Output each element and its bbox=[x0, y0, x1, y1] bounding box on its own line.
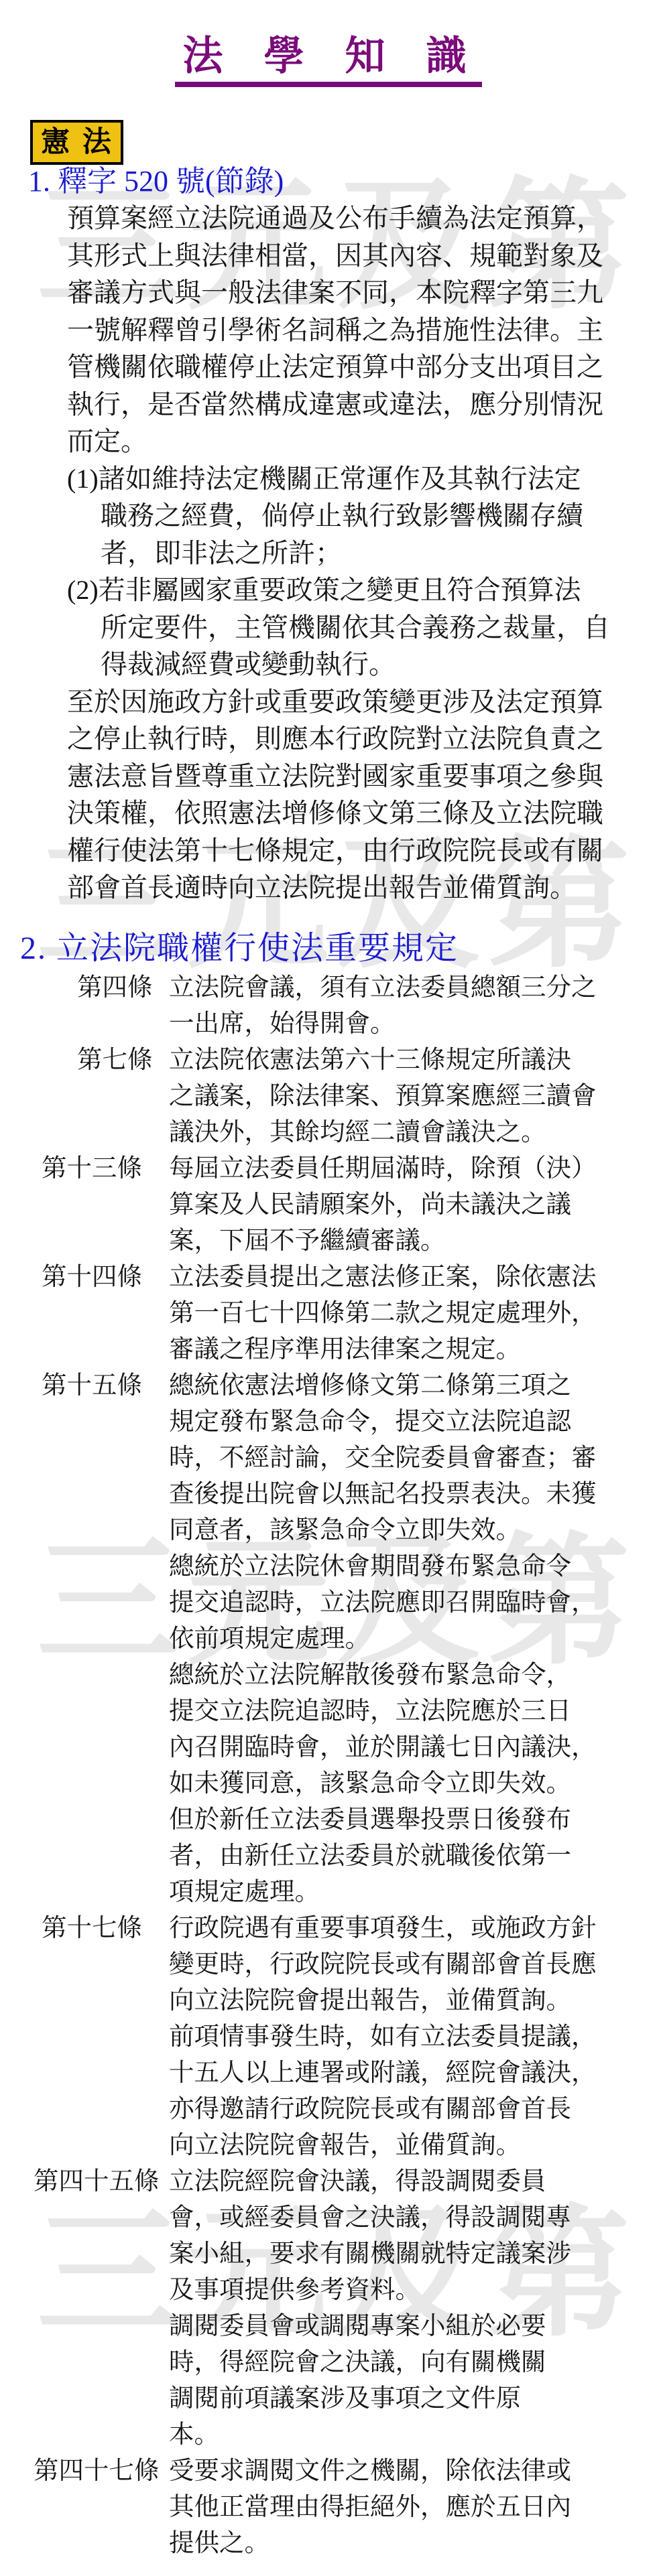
text-line: 受要求調閱文件之機關，除依法律或 bbox=[169, 2453, 645, 2490]
article: 第十五條 總統依憲法增修條文第二條第三項之規定發布緊急命令，提交立法院追認時，不… bbox=[0, 1368, 657, 1911]
text-line: 前項情事發生時，如有立法委員提議， bbox=[169, 2019, 645, 2055]
article: 第四條 立法院會議，須有立法委員總額三分之一出席，始得開會。 bbox=[0, 970, 657, 1042]
text-line: 立法院經院會決議，得設調閱委員 bbox=[169, 2164, 645, 2200]
text-line: 第一百七十四條第二款之規定處理外， bbox=[169, 1296, 645, 1332]
text-line: 執行，是否當然構成違憲或違法，應分別情況 bbox=[67, 386, 644, 423]
article-label: 第十四條 bbox=[42, 1260, 142, 1296]
text-line: 審議之程序準用法律案之規定。 bbox=[169, 1332, 645, 1368]
text-line: (2)若非屬國家重要政策之變更且符合預算法 bbox=[67, 571, 644, 609]
text-line: 及事項提供參考資料。 bbox=[169, 2273, 645, 2309]
text-line: 之停止執行時，則應本行政院對立法院負責之 bbox=[67, 720, 644, 758]
title-underline bbox=[175, 82, 482, 87]
article-text: 受要求調閱文件之機關，除依法律或其他正當理由得拒絕外，應於五日內提供之。 bbox=[169, 2453, 645, 2562]
intro-paragraph: 預算案經立法院通過及公布手續為法定預算，其形式上與法律相當，因其內容、規範對象及… bbox=[67, 200, 644, 460]
text-line: 同意者，該緊急命令立即失效。 bbox=[169, 1513, 645, 1549]
text-line: 之議案，除法律案、預算案應經三讀會 bbox=[169, 1079, 645, 1115]
text-line: 向立法院院會提出報告，並備質詢。 bbox=[169, 1983, 645, 2019]
text-line: 得裁減經費或變動執行。 bbox=[101, 646, 644, 683]
text-line: 者，即非法之所許； bbox=[101, 535, 644, 572]
article: 第四十五條 立法院經院會決議，得設調閱委員會，或經委員會之決議，得設調閱專案小組… bbox=[0, 2164, 657, 2453]
article-text: 行政院遇有重要事項發生，或施政方針變更時，行政院院長或有關部會首長應向立法院院會… bbox=[169, 1911, 645, 2164]
list-item: (2)若非屬國家重要政策之變更且符合預算法所定要件，主管機關依其合義務之裁量，自… bbox=[67, 571, 644, 683]
article: 第十七條 行政院遇有重要事項發生，或施政方針變更時，行政院院長或有關部會首長應向… bbox=[0, 1911, 657, 2164]
list-item: (1)諸如維持法定機關正常運作及其執行法定職務之經費，倘停止執行致影響機關存續者… bbox=[67, 460, 644, 572]
text-line: 部會首長適時向立法院提出報告並備質詢。 bbox=[67, 869, 644, 906]
text-line: 總統依憲法增修條文第二條第三項之 bbox=[169, 1368, 645, 1404]
closing-paragraph: 至於因施政方針或重要政策變更涉及法定預算之停止執行時，則應本行政院對立法院負責之… bbox=[67, 683, 644, 906]
text-line: 權行使法第十七條規定，由行政院院長或有關 bbox=[67, 832, 644, 870]
article: 第七條 立法院依憲法第六十三條規定所議決之議案，除法律案、預算案應經三讀會議決外… bbox=[0, 1042, 657, 1151]
article-label: 第四條 bbox=[77, 970, 153, 1006]
text-line: 總統於立法院解散後發布緊急命令， bbox=[169, 1657, 645, 1694]
text-line: 會，或經委員會之決議，得設調閱專 bbox=[169, 2200, 645, 2236]
text-line: 總統於立法院休會期間發布緊急命令 bbox=[169, 1549, 645, 1585]
text-line: 項規定處理。 bbox=[169, 1875, 645, 1911]
article-label: 第四十七條 bbox=[34, 2453, 160, 2490]
text-line: 提供之。 bbox=[169, 2526, 645, 2562]
section1-body: 預算案經立法院通過及公布手續為法定預算，其形式上與法律相當，因其內容、規範對象及… bbox=[67, 200, 644, 906]
text-line: 內召開臨時會，並於開議七日內議決， bbox=[169, 1730, 645, 1766]
article-text: 立法院經院會決議，得設調閱委員會，或經委員會之決議，得設調閱專案小組，要求有關機… bbox=[169, 2164, 645, 2453]
article-label: 第十五條 bbox=[42, 1368, 142, 1404]
article-text: 每屆立法委員任期屆滿時，除預（決）算案及人民請願案外，尚未議決之議案，下屆不予繼… bbox=[169, 1151, 645, 1260]
subject-badge: 憲 法 bbox=[30, 120, 123, 165]
text-line: 所定要件，主管機關依其合義務之裁量，自 bbox=[101, 609, 644, 647]
text-line: 本。 bbox=[169, 2417, 645, 2453]
text-line: (1)諸如維持法定機關正常運作及其執行法定 bbox=[67, 460, 644, 498]
article-text: 立法委員提出之憲法修正案，除依憲法第一百七十四條第二款之規定處理外，審議之程序準… bbox=[169, 1260, 645, 1368]
text-line: 行政院遇有重要事項發生，或施政方針 bbox=[169, 1911, 645, 1947]
text-line: 而定。 bbox=[67, 423, 644, 460]
text-line: 依前項規定處理。 bbox=[169, 1621, 645, 1657]
text-line: 每屆立法委員任期屆滿時，除預（決） bbox=[169, 1151, 645, 1187]
text-line: 提交立法院追認時，立法院應於三日 bbox=[169, 1694, 645, 1730]
article-label: 第四十五條 bbox=[34, 2164, 160, 2200]
text-line: 預算案經立法院通過及公布手續為法定預算， bbox=[67, 200, 644, 237]
text-line: 算案及人民請願案外，尚未議決之議 bbox=[169, 1187, 645, 1223]
text-line: 調閱委員會或調閱專案小組於必要 bbox=[169, 2309, 645, 2345]
section2-heading: 2. 立法院職權行使法重要規定 bbox=[20, 931, 459, 966]
text-line: 職務之經費，倘停止執行致影響機關存續 bbox=[101, 497, 644, 535]
text-line: 案，下屆不予繼續審議。 bbox=[169, 1223, 645, 1260]
text-line: 其他正當理由得拒絕外，應於五日內 bbox=[169, 2490, 645, 2526]
article: 第十四條 立法委員提出之憲法修正案，除依憲法第一百七十四條第二款之規定處理外，審… bbox=[0, 1260, 657, 1368]
page-title-text: 法 學 知 識 bbox=[174, 35, 484, 80]
text-line: 時，不經討論，交全院委員會審查；審 bbox=[169, 1440, 645, 1477]
text-line: 提交追認時，立法院應即召開臨時會， bbox=[169, 1585, 645, 1621]
text-line: 亦得邀請行政院院長或有關部會首長 bbox=[169, 2092, 645, 2128]
text-line: 其形式上與法律相當，因其內容、規範對象及 bbox=[67, 237, 644, 275]
text-line: 案小組，要求有關機關就特定議案涉 bbox=[169, 2236, 645, 2273]
text-line: 時，得經院會之決議，向有關機關 bbox=[169, 2345, 645, 2381]
text-line: 議決外，其餘均經二讀會議決之。 bbox=[169, 1115, 645, 1151]
text-line: 如未獲同意，該緊急命令立即失效。 bbox=[169, 1766, 645, 1802]
text-line: 管機關依職權停止法定預算中部分支出項目之 bbox=[67, 348, 644, 386]
text-line: 查後提出院會以無記名投票表決。未獲 bbox=[169, 1477, 645, 1513]
text-line: 向立法院院會報告，並備質詢。 bbox=[169, 2128, 645, 2164]
text-line: 決策權，依照憲法增修條文第三條及立法院職 bbox=[67, 795, 644, 832]
text-line: 立法院依憲法第六十三條規定所議決 bbox=[169, 1042, 645, 1079]
article-text: 立法院會議，須有立法委員總額三分之一出席，始得開會。 bbox=[169, 970, 645, 1042]
article-label: 第十三條 bbox=[42, 1151, 142, 1187]
text-line: 一出席，始得開會。 bbox=[169, 1006, 645, 1042]
article-text: 總統依憲法增修條文第二條第三項之規定發布緊急命令，提交立法院追認時，不經討論，交… bbox=[169, 1368, 645, 1911]
text-line: 審議方式與一般法律案不同，本院釋字第三九 bbox=[67, 274, 644, 312]
text-line: 變更時，行政院院長或有關部會首長應 bbox=[169, 1947, 645, 1983]
article: 第四十七條 受要求調閱文件之機關，除依法律或其他正當理由得拒絕外，應於五日內提供… bbox=[0, 2453, 657, 2562]
section2-articles: 第四條 立法院會議，須有立法委員總額三分之一出席，始得開會。 第七條 立法院依憲… bbox=[0, 970, 657, 2562]
text-line: 至於因施政方針或重要政策變更涉及法定預算 bbox=[67, 683, 644, 721]
text-line: 規定發布緊急命令，提交立法院追認 bbox=[169, 1404, 645, 1440]
article-text: 立法院依憲法第六十三條規定所議決之議案，除法律案、預算案應經三讀會議決外，其餘均… bbox=[169, 1042, 645, 1151]
page-title: 法 學 知 識 bbox=[0, 35, 657, 87]
text-line: 十五人以上連署或附議，經院會議決， bbox=[169, 2055, 645, 2092]
text-line: 立法委員提出之憲法修正案，除依憲法 bbox=[169, 1260, 645, 1296]
article: 第十三條 每屆立法委員任期屆滿時，除預（決）算案及人民請願案外，尚未議決之議案，… bbox=[0, 1151, 657, 1260]
text-line: 一號解釋曾引學術名詞稱之為措施性法律。主 bbox=[67, 312, 644, 349]
article-label: 第十七條 bbox=[42, 1911, 142, 1947]
text-line: 但於新任立法委員選舉投票日後發布 bbox=[169, 1802, 645, 1838]
text-line: 者，由新任立法委員於就職後依第一 bbox=[169, 1838, 645, 1875]
text-line: 立法院會議，須有立法委員總額三分之 bbox=[169, 970, 645, 1006]
text-line: 調閱前項議案涉及事項之文件原 bbox=[169, 2381, 645, 2417]
article-label: 第七條 bbox=[77, 1042, 153, 1079]
section1-heading: 1. 釋字 520 號(節錄) bbox=[28, 165, 284, 198]
text-line: 憲法意旨暨尊重立法院對國家重要事項之參與 bbox=[67, 758, 644, 795]
document-page: 三元及第 三元及第 三元及第 三元及第 法 學 知 識 憲 法 1. 釋字 52… bbox=[0, 0, 657, 2576]
